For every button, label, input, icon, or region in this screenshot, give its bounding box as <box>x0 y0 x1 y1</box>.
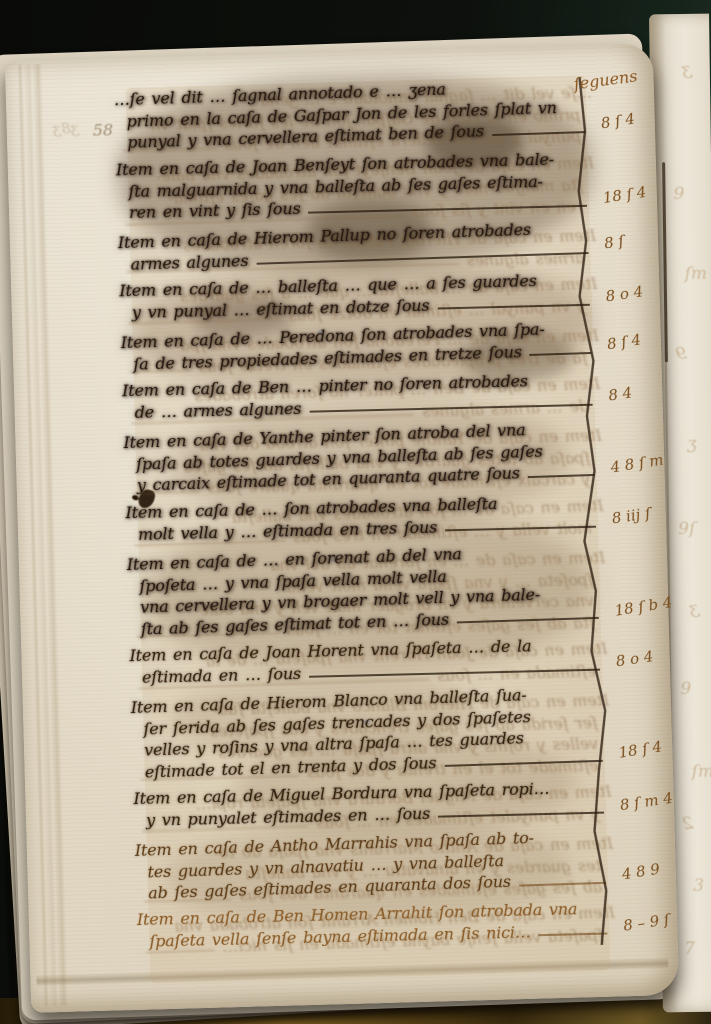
margin-amount: 8 4 <box>607 383 633 404</box>
inventory-entry: …ſe vel dit … ſagnal annotado e … ʒenapr… <box>126 74 588 153</box>
inventory-entry: Item en caſa de Ben Homen Arrahit ſon at… <box>149 898 610 952</box>
margin-amount: 18 ſ 4 <box>617 737 663 762</box>
facing-page-mark: 7 <box>684 939 695 959</box>
margin-amount: 8 o 4 <box>604 282 644 305</box>
manuscript-page: ʒ8ʒ 58 …ſe vel dit … ſagnal annotado e …… <box>5 43 679 1013</box>
entry-separator-rule <box>309 404 592 413</box>
margin-amount: 8 ſ 4 <box>600 109 637 132</box>
facing-page-mark: ſm <box>691 762 711 782</box>
facing-page-mark: 9ſ <box>678 519 695 539</box>
entry-separator-rule <box>309 668 600 677</box>
facing-page-bleed-marks: ʒ9ſm9ʒ9ſʒ9ſm237 <box>649 14 709 15</box>
inventory-entry: Item en caſa de Ben … pinter no ſoren at… <box>134 369 595 423</box>
facing-page-mark: 9 <box>680 679 691 699</box>
margin-amount: 8 o 4 <box>615 647 655 670</box>
inventory-entry: Item en caſa de … en ſorenat ab del vnaſ… <box>138 538 601 639</box>
manuscript-line-text: armes algunes <box>130 250 248 275</box>
facing-page-mark: ʒ <box>680 59 693 80</box>
facing-page-mark: ʒ <box>687 434 697 454</box>
facing-page-mark: 3 <box>693 876 704 896</box>
inventory-entry: Item en caſa de … ſon atrobades vna ball… <box>137 490 598 544</box>
entry-separator-rule <box>438 811 604 817</box>
inventory-entry: Item en caſa de Joan Horent vna ſpaſeta … <box>141 633 602 687</box>
manuscript-line-text: eſtimada en … ſous <box>142 662 301 687</box>
facing-page-mark: ʒ <box>688 598 701 619</box>
facing-page-mark: ſm <box>685 264 708 284</box>
inventory-entry: Item en caſa de Hierom Pallup no ſoren a… <box>130 217 591 275</box>
inventory-entry: Item en caſa de … Peredona ſon atrobades… <box>132 317 593 375</box>
gutter-crease <box>662 162 668 362</box>
entry-separator-rule <box>309 204 587 213</box>
margin-amount: 8 – 9 ſ <box>622 910 671 935</box>
inventory-entry: Item en caſa de … balleſta … que … a ſes… <box>131 269 592 323</box>
text-block: …ſe vel dit … ſagnal annotado e … ʒenapr… <box>126 75 611 983</box>
facing-page-mark: 2 <box>681 813 695 834</box>
margin-amount: 18 ſ 4 <box>602 182 648 206</box>
inventory-entry: Item en caſa de Hierom Blanco vna balleſ… <box>142 681 605 782</box>
facing-page-mark: 9 <box>674 343 688 364</box>
margin-amount: 8 ſ m 4 <box>619 788 674 814</box>
facing-page-mark: 9 <box>673 184 684 204</box>
margin-bleed-marks: ʒ8ʒ <box>52 119 79 138</box>
manuscript-line-text: ren en vint y ſis ſous <box>129 197 301 223</box>
inventory-entry: Item en caſa de Antho Marrahis vna ſpaſa… <box>146 824 608 903</box>
entry-separator-rule <box>256 252 588 265</box>
inventory-entries: …ſe vel dit … ſagnal annotado e … ʒenapr… <box>126 75 610 960</box>
margin-amount: 8 ſ 4 <box>606 330 643 353</box>
folio-number: 58 <box>93 120 114 140</box>
inventory-entry: Item en caſa de Miguel Bordura vna ſpaſe… <box>145 776 606 830</box>
photo-scene: ʒ9ſm9ʒ9ſʒ9ſm237 ʒ8ʒ 58 …ſe vel dit … ſag… <box>0 0 711 1024</box>
inventory-entry: Item en caſa de Yanthe pinter ſon atroba… <box>135 417 597 496</box>
inventory-entry: Item en caſa de Joan Benſeyt ſon atrobad… <box>128 147 589 223</box>
margin-amount: 4 8 9 <box>621 859 661 883</box>
margin-amount: 4 8 ſ m <box>609 450 664 476</box>
margin-amount: 18 ſ b 4 <box>613 593 673 620</box>
manuscript-line-text: de … armes algunes <box>134 397 301 423</box>
entry-separator-rule <box>444 759 602 766</box>
margin-amount: 8 iij ſ <box>611 504 652 527</box>
